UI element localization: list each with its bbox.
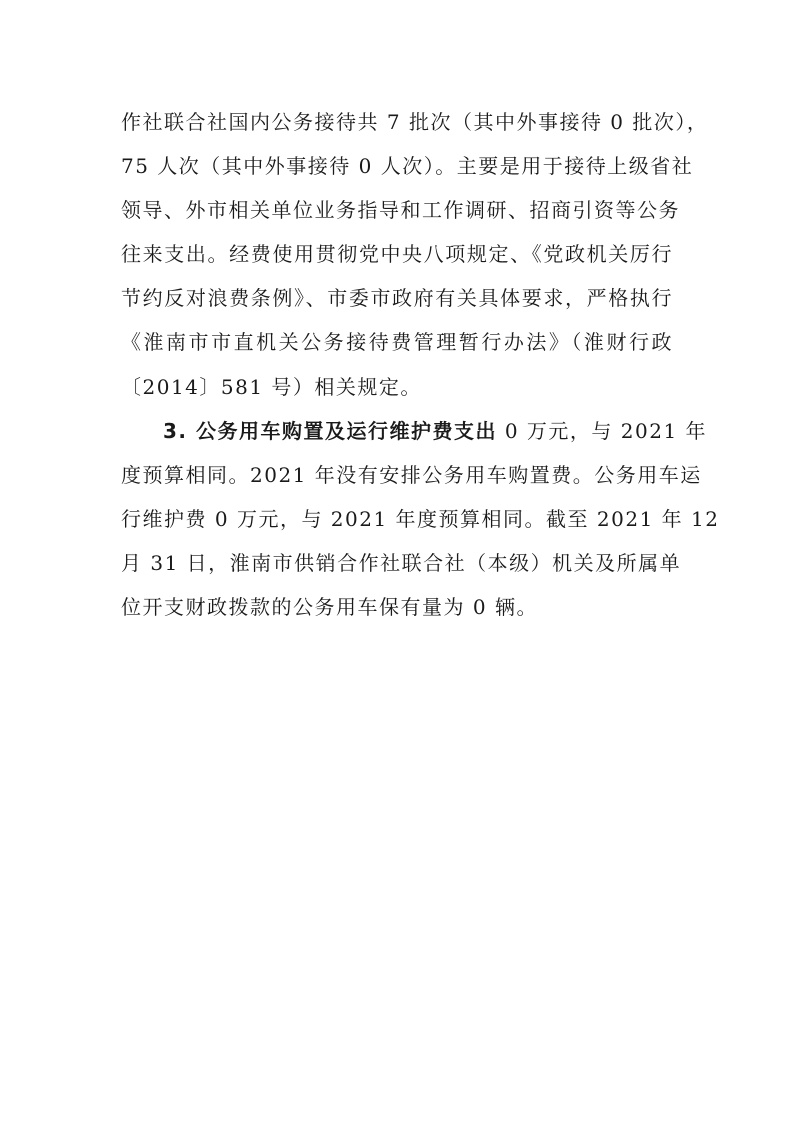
document-page: 作社联合社国内公务接待共 7 批次（其中外事接待 0 批次）， 75 人次（其中… (121, 100, 673, 629)
text-line: 作社联合社国内公务接待共 7 批次（其中外事接待 0 批次）， (121, 100, 673, 144)
section-heading-line: 3. 公务用车购置及运行维护费支出 0 万元，与 2021 年 (121, 409, 673, 453)
section-heading: 3. 公务用车购置及运行维护费支出 (163, 419, 497, 443)
text-line: 行维护费 0 万元，与 2021 年度预算相同。截至 2021 年 12 (121, 497, 673, 541)
text-line: 《淮南市市直机关公务接待费管理暂行办法》（淮财行政 (121, 320, 673, 364)
heading-line-text: 0 万元，与 2021 年 (497, 419, 707, 443)
text-line: 75 人次（其中外事接待 0 人次）。主要是用于接待上级省社 (121, 144, 673, 188)
text-line: 领导、外市相关单位业务指导和工作调研、招商引资等公务 (121, 188, 673, 232)
text-line: 度预算相同。2021 年没有安排公务用车购置费。公务用车运 (121, 453, 673, 497)
paragraph-official-reception: 作社联合社国内公务接待共 7 批次（其中外事接待 0 批次）， 75 人次（其中… (121, 100, 673, 409)
text-line: 月 31 日，淮南市供销合作社联合社（本级）机关及所属单 (121, 541, 673, 585)
text-line: 位开支财政拨款的公务用车保有量为 0 辆。 (121, 585, 673, 629)
text-line: 节约反对浪费条例》、市委市政府有关具体要求，严格执行 (121, 276, 673, 320)
text-line: 〔2014〕581 号）相关规定。 (121, 365, 673, 409)
paragraph-vehicle-expenses: 3. 公务用车购置及运行维护费支出 0 万元，与 2021 年 度预算相同。20… (121, 409, 673, 629)
text-line: 往来支出。经费使用贯彻党中央八项规定、《党政机关厉行 (121, 232, 673, 276)
